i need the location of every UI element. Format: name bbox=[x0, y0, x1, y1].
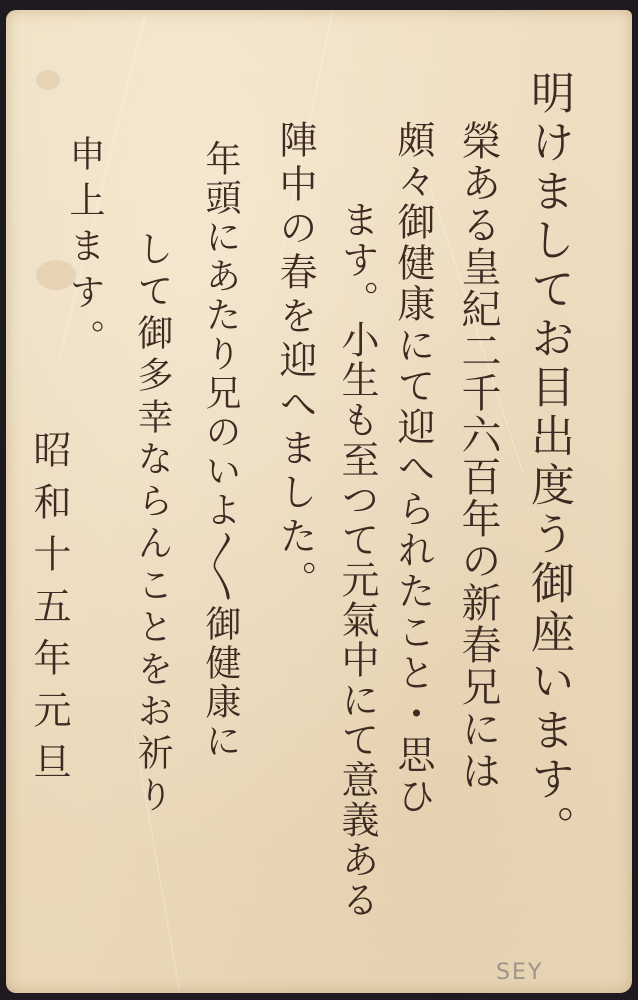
paper-stain bbox=[36, 70, 60, 90]
letter-column-4: ます。小生も至つて元氣中にて意義ある bbox=[338, 200, 376, 920]
postcard: 明けましてお目出度う御座います。 榮ある皇紀二千六百年の新春兄には 頗々御健康に… bbox=[6, 10, 632, 993]
letter-column-5: 陣中の春を迎へました。 bbox=[276, 120, 314, 604]
date-line: 昭和十五年元旦 bbox=[30, 430, 68, 794]
letter-column-6: 年頭にあたり兄のいよ〳〵御健康に bbox=[202, 140, 238, 761]
pencil-note: SEY bbox=[496, 960, 543, 985]
letter-column-3: 頗々御健康にて迎へられたこと・思ひ bbox=[394, 120, 432, 817]
letter-column-7: して御多幸ならんことをお祈り bbox=[134, 230, 170, 818]
letter-column-1: 明けましてお目出度う御座います。 bbox=[526, 70, 570, 854]
letter-column-8: 申上ます。 bbox=[66, 135, 102, 365]
letter-column-2: 榮ある皇紀二千六百年の新春兄には bbox=[458, 120, 498, 792]
